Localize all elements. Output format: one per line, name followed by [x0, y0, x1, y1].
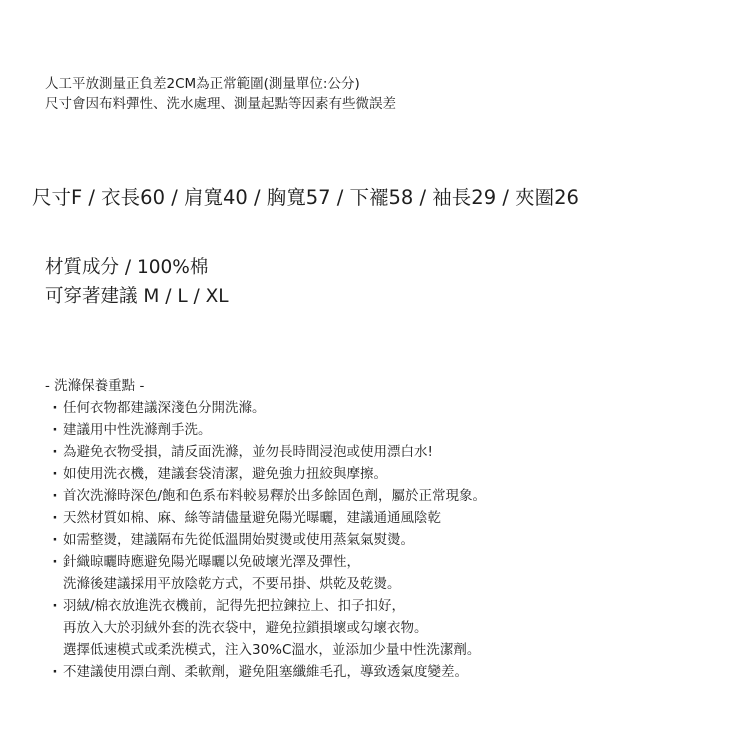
care-item: 為避免衣物受損，請反面洗滌，並勿長時間浸泡或使用漂白水! — [45, 441, 486, 463]
disclaimer-line: 尺寸會因布料彈性、洗水處理、測量起點等因素有些微誤差 — [45, 94, 396, 114]
material-info: 材質成分 / 100%棉 可穿著建議 M / L / XL — [45, 253, 229, 311]
care-item: 任何衣物都建議深淺色分開洗滌。 — [45, 397, 486, 419]
care-item: 不建議使用漂白劑、柔軟劑，避免阻塞纖維毛孔，導致透氣度變差。 — [45, 661, 486, 683]
care-item: 如需整燙，建議隔布先從低溫開始熨燙或使用蒸氣氣熨燙。 — [45, 529, 486, 551]
care-item: 如使用洗衣機，建議套袋清潔，避免強力扭絞與摩擦。 — [45, 463, 486, 485]
care-item: 針織晾曬時應避免陽光曝曬以免破壞光澤及彈性， — [45, 551, 486, 573]
care-item: 首次洗滌時深色/飽和色系布料較易釋於出多餘固色劑，屬於正常現象。 — [45, 485, 486, 507]
care-item: 羽絨/棉衣放進洗衣機前，記得先把拉鍊拉上、扣子扣好， — [45, 595, 486, 617]
care-item-continuation: 洗滌後建議採用平放陰乾方式，不要吊掛、烘乾及乾燙。 — [45, 573, 486, 595]
care-item-continuation: 再放入大於羽絨外套的洗衣袋中，避免拉鎖損壞或勾壞衣物。 — [45, 617, 486, 639]
measurement-disclaimer: 人工平放測量正負差2CM為正常範圍(測量單位:公分) 尺寸會因布料彈性、洗水處理… — [45, 74, 396, 114]
care-item-continuation: 選擇低速模式或柔洗模式，注入30%C溫水，並添加少量中性洗潔劑。 — [45, 639, 486, 661]
size-measurements: 尺寸F / 衣長60 / 肩寬40 / 胸寬57 / 下襬58 / 袖長29 /… — [32, 184, 579, 212]
care-instructions: - 洗滌保養重點 - 任何衣物都建議深淺色分開洗滌。 建議用中性洗滌劑手洗。 為… — [45, 375, 486, 683]
care-item: 天然材質如棉、麻、絲等請儘量避免陽光曝曬，建議通通風陰乾 — [45, 507, 486, 529]
disclaimer-line: 人工平放測量正負差2CM為正常範圍(測量單位:公分) — [45, 74, 396, 94]
care-item: 建議用中性洗滌劑手洗。 — [45, 419, 486, 441]
recommended-fit: 可穿著建議 M / L / XL — [45, 282, 229, 311]
care-title: - 洗滌保養重點 - — [45, 375, 486, 397]
material-composition: 材質成分 / 100%棉 — [45, 253, 229, 282]
